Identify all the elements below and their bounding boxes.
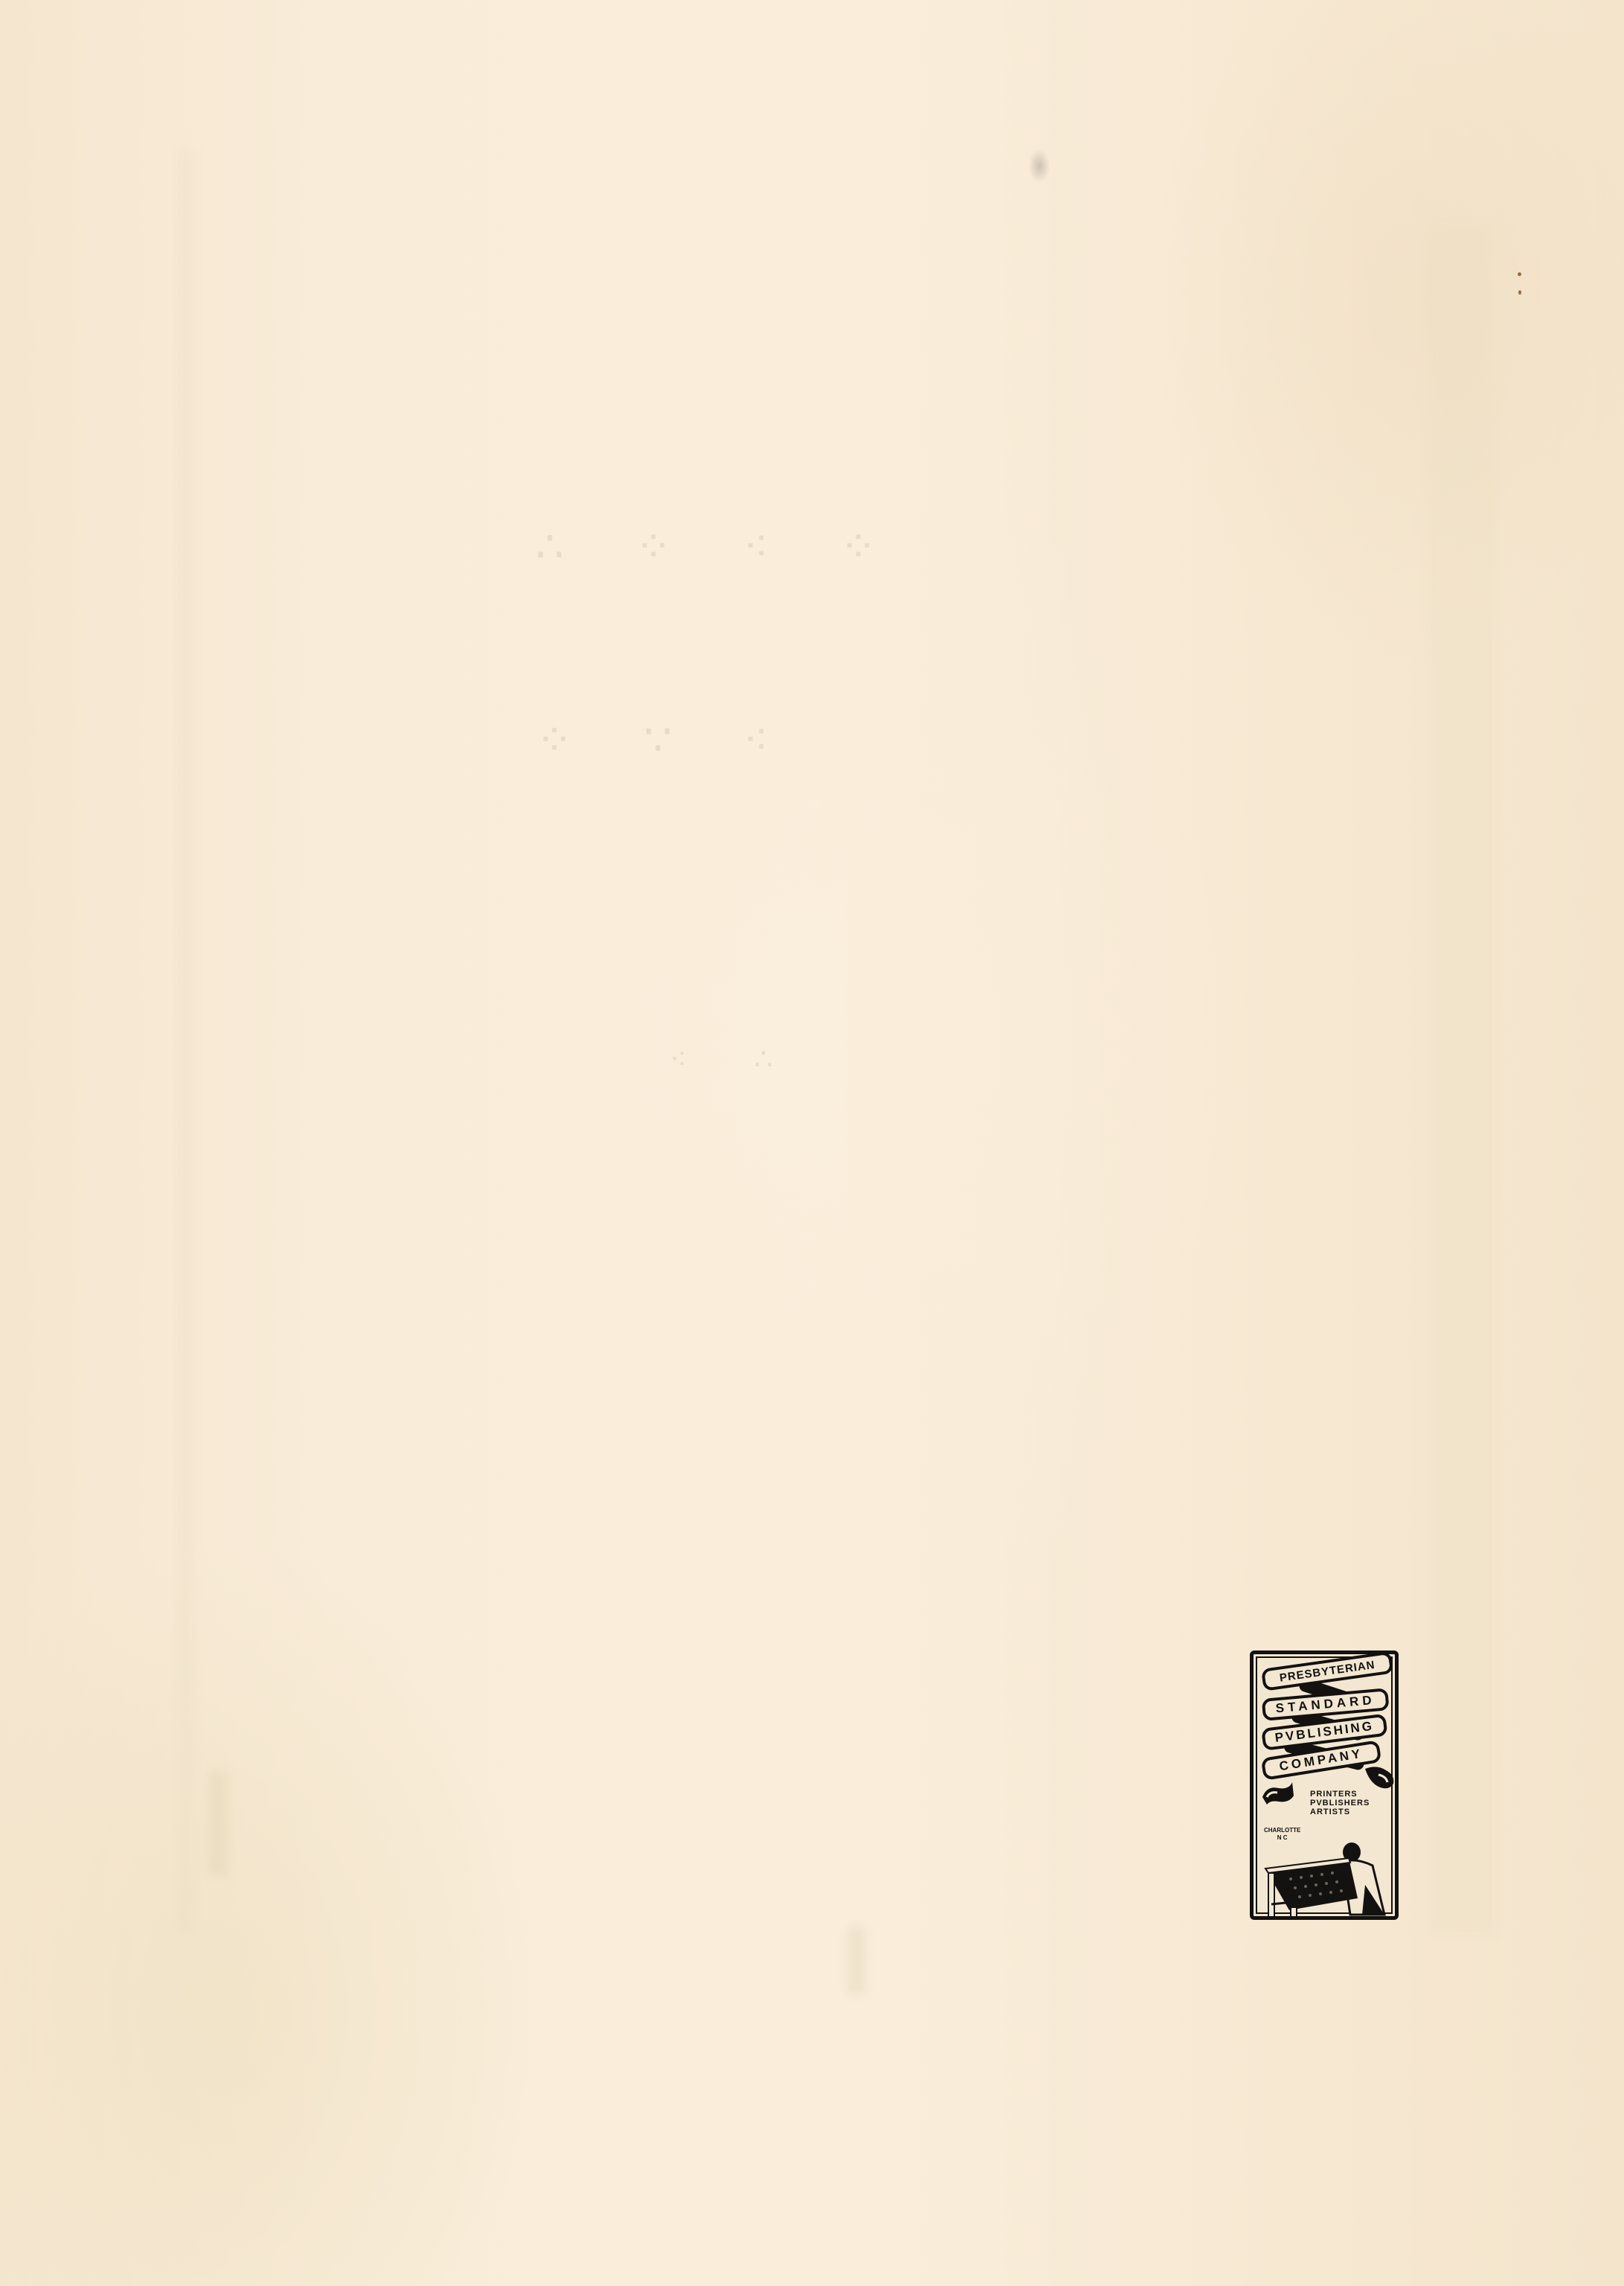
paper-fold-shadow (1428, 223, 1495, 1935)
paper-streak (848, 1927, 864, 1994)
endpaper-page: ∴ ⁘ ⁖ ⁘ ⁘ ∵ ⁖ ⁖ ∴ PRESBYTERIAN STANDARD … (0, 0, 1624, 2286)
bleed-through-marks: ⁘ ∵ ⁖ (536, 714, 799, 766)
paper-stain (1028, 149, 1050, 183)
ribbon-curl-left-icon (1259, 1779, 1297, 1806)
service-printers: PRINTERS (1310, 1790, 1370, 1799)
ribbon-curl-right-icon (1364, 1764, 1396, 1791)
bleed-through-marks: ∴ ⁘ ⁖ ⁘ (536, 521, 907, 573)
service-publishers: PVBLISHERS (1310, 1799, 1370, 1808)
paper-speck (1518, 290, 1521, 295)
paper-fold-shadow (179, 149, 193, 1935)
services-list: PRINTERS PVBLISHERS ARTISTS (1310, 1790, 1370, 1816)
bleed-through-marks: ⁖ ∴ (670, 1042, 803, 1077)
paper-speck (1518, 272, 1521, 276)
paper-streak (208, 1771, 228, 1875)
service-artists: ARTISTS (1310, 1808, 1370, 1816)
compositor-at-type-case-icon (1254, 1833, 1395, 1918)
printers-mark: PRESBYTERIAN STANDARD PVBLISHING COMPANY… (1250, 1651, 1399, 1920)
